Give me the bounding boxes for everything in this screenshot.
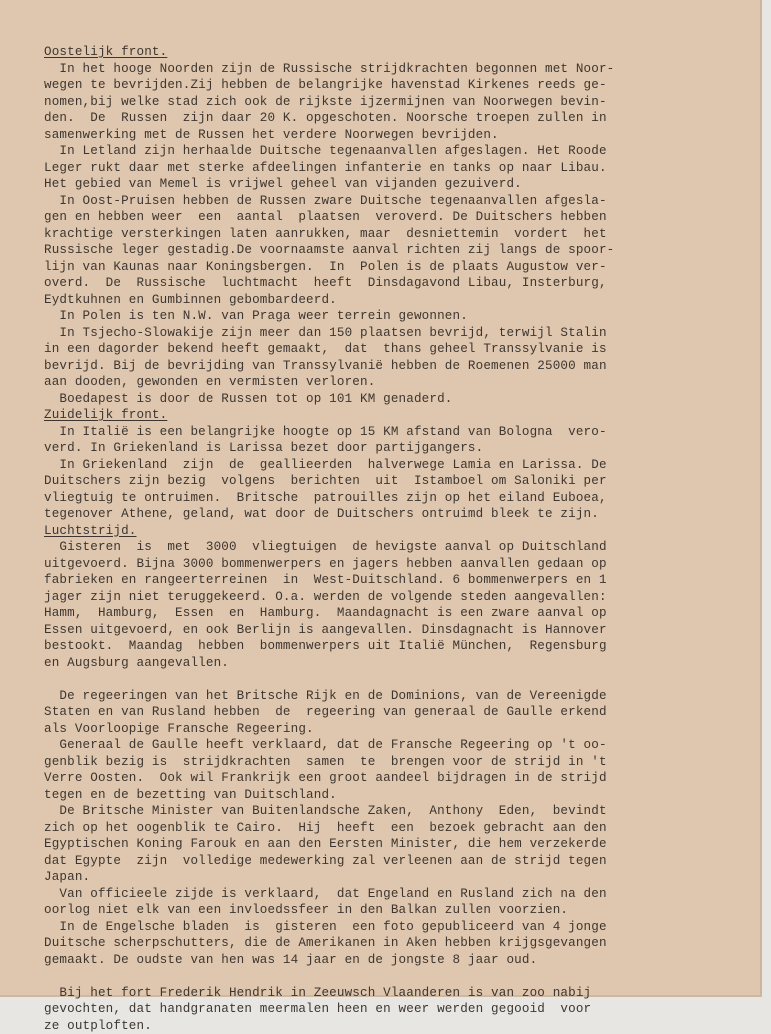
- text-line: Het gebied van Memel is vrijwel geheel v…: [44, 176, 734, 193]
- text-line: In Oost-Pruisen hebben de Russen zware D…: [44, 193, 734, 210]
- text-line: Leger rukt daar met sterke afdeelingen i…: [44, 160, 734, 177]
- text-line: Egyptischen Koning Farouk en aan den Eer…: [44, 836, 734, 853]
- text-line: Verre Oosten. Ook wil Frankrijk een groo…: [44, 770, 734, 787]
- text-line: bevrijd. Bij de bevrijding van Transsylv…: [44, 358, 734, 375]
- blank-line: [44, 968, 734, 985]
- section-eastern-front: In het hooge Noorden zijn de Russische s…: [44, 61, 734, 408]
- text-line: Staten en van Rusland hebben de regeerin…: [44, 704, 734, 721]
- text-line: fabrieken en rangeerterreinen in West-Du…: [44, 572, 734, 589]
- text-line: zich op het oogenblik te Cairo. Hij heef…: [44, 820, 734, 837]
- text-line: In de Engelsche bladen is gisteren een f…: [44, 919, 734, 936]
- document-page: Oostelijk front. In het hooge Noorden zi…: [0, 0, 762, 997]
- section-air-war: Gisteren is met 3000 vliegtuigen de hevi…: [44, 539, 734, 671]
- text-line: Gisteren is met 3000 vliegtuigen de hevi…: [44, 539, 734, 556]
- section-political-news: De regeeringen van het Britsche Rijk en …: [44, 688, 734, 969]
- text-line: in een dagorder bekend heeft gemaakt, da…: [44, 341, 734, 358]
- section-heading-southern-front: Zuidelijk front.: [44, 407, 734, 424]
- text-line: Essen uitgevoerd, en ook Berlijn is aang…: [44, 622, 734, 639]
- text-line: aan dooden, gewonden en vermisten verlor…: [44, 374, 734, 391]
- text-line: en Augsburg aangevallen.: [44, 655, 734, 672]
- text-line: De Britsche Minister van Buitenlandsche …: [44, 803, 734, 820]
- text-line: uitgevoerd. Bijna 3000 bommenwerpers en …: [44, 556, 734, 573]
- text-line: In Polen is ten N.W. van Praga weer terr…: [44, 308, 734, 325]
- text-line: den. De Russen zijn daar 20 K. opgeschot…: [44, 110, 734, 127]
- text-line: dat Egypte zijn volledige medewerking za…: [44, 853, 734, 870]
- section-heading-eastern-front: Oostelijk front.: [44, 44, 734, 61]
- text-line: lijn van Kaunas naar Koningsbergen. In P…: [44, 259, 734, 276]
- text-line: Generaal de Gaulle heeft verklaard, dat …: [44, 737, 734, 754]
- text-line: In Griekenland zijn de geallieerden halv…: [44, 457, 734, 474]
- text-line: In Italië is een belangrijke hoogte op 1…: [44, 424, 734, 441]
- text-line: tegen en de bezetting van Duitschland.: [44, 787, 734, 804]
- text-line: Duitsche scherpschutters, die de Amerika…: [44, 935, 734, 952]
- document-body: Oostelijk front. In het hooge Noorden zi…: [44, 44, 734, 1000]
- text-line: De regeeringen van het Britsche Rijk en …: [44, 688, 734, 705]
- blank-line: [44, 671, 734, 688]
- section-zeeland-news: Bij het fort Frederik Hendrik in Zeeuwsc…: [44, 985, 734, 1001]
- text-line: In Letland zijn herhaalde Duitsche tegen…: [44, 143, 734, 160]
- text-line: tegenover Athene, geland, wat door de Du…: [44, 506, 734, 523]
- text-line: wegen te bevrijden.Zij hebben de belangr…: [44, 77, 734, 94]
- text-line: vliegtuig te ontruimen. Britsche patroui…: [44, 490, 734, 507]
- text-line: nomen,bij welke stad zich ook de rijkste…: [44, 94, 734, 111]
- text-line: Boedapest is door de Russen tot op 101 K…: [44, 391, 734, 408]
- text-line: verd. In Griekenland is Larissa bezet do…: [44, 440, 734, 457]
- text-line: In het hooge Noorden zijn de Russische s…: [44, 61, 734, 78]
- text-line: Eydtkuhnen en Gumbinnen gebombardeerd.: [44, 292, 734, 309]
- text-line: samenwerking met de Russen het verdere N…: [44, 127, 734, 144]
- section-southern-front: In Italië is een belangrijke hoogte op 1…: [44, 424, 734, 523]
- text-line: bestookt. Maandag hebben bommenwerpers u…: [44, 638, 734, 655]
- text-line: Russische leger gestadig.De voornaamste …: [44, 242, 734, 259]
- section-heading-air-war: Luchtstrijd.: [44, 523, 734, 540]
- text-line: Japan.: [44, 869, 734, 886]
- text-line: genblik bezig is strijdkrachten samen te…: [44, 754, 734, 771]
- text-line: als Voorloopige Fransche Regeering.: [44, 721, 734, 738]
- text-line: oorlog niet elk van een invloedssfeer in…: [44, 902, 734, 919]
- text-line: krachtige versterkingen laten aanrukken,…: [44, 226, 734, 243]
- text-line: Hamm, Hamburg, Essen en Hamburg. Maandag…: [44, 605, 734, 622]
- text-line: gen en hebben weer een aantal plaatsen v…: [44, 209, 734, 226]
- text-line: jager zijn niet teruggekeerd. O.a. werde…: [44, 589, 734, 606]
- text-line: gemaakt. De oudste van hen was 14 jaar e…: [44, 952, 734, 969]
- text-line: In Tsjecho-Slowakije zijn meer dan 150 p…: [44, 325, 734, 342]
- text-line: Bij het fort Frederik Hendrik in Zeeuwsc…: [44, 985, 734, 1001]
- text-line: Van officieele zijde is verklaard, dat E…: [44, 886, 734, 903]
- text-line: Duitschers zijn bezig volgens berichten …: [44, 473, 734, 490]
- text-line: overd. De Russische luchtmacht heeft Din…: [44, 275, 734, 292]
